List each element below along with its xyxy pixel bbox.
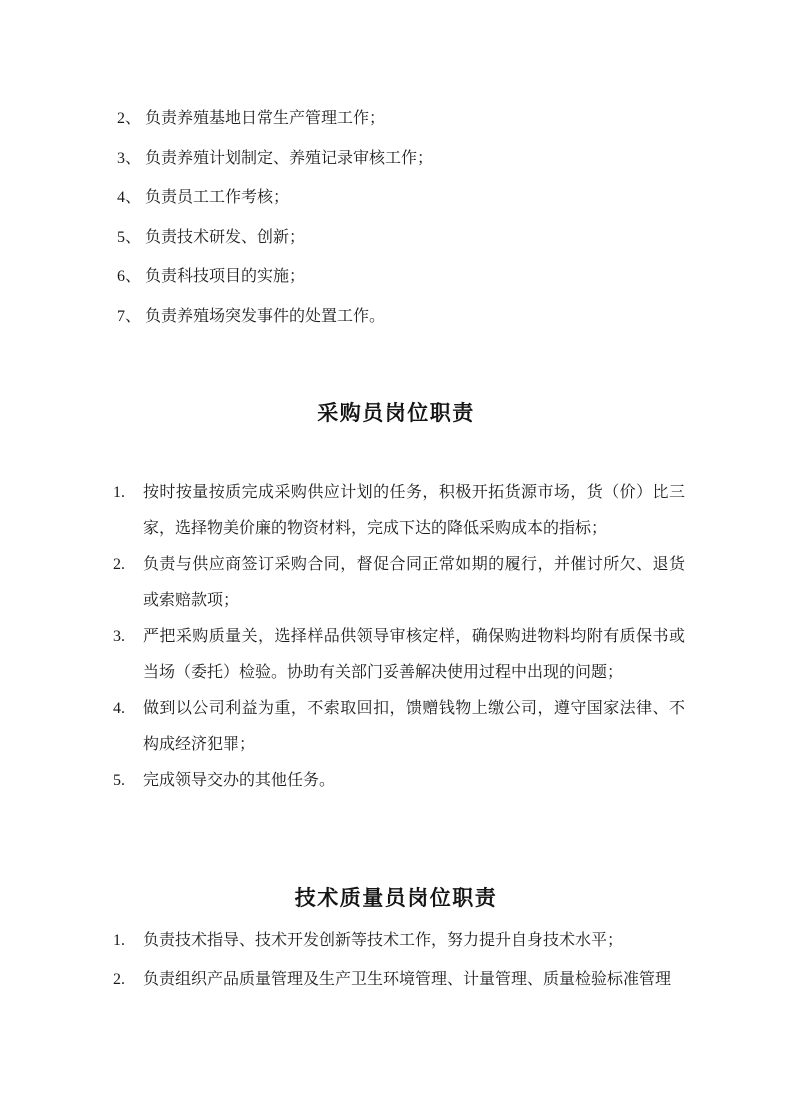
list-item: 2.负责与供应商签订采购合同，督促合同正常如期的履行，并催讨所欠、退货或索赔款项… bbox=[113, 547, 685, 619]
list-item-marker: 3、 bbox=[117, 139, 145, 179]
list-item: 4、负责员工工作考核； bbox=[117, 178, 717, 218]
list-item-text: 负责组织产品质量管理及生产卫生环境管理、计量管理、质量检验标准管理 bbox=[143, 971, 671, 988]
heading-tech-quality-duties: 技术质量员岗位职责 bbox=[0, 885, 792, 911]
list-item: 4.做到以公司利益为重，不索取回扣，馈赠钱物上缴公司，遵守国家法律、不构成经济犯… bbox=[113, 691, 685, 763]
list-item: 3.严把采购质量关，选择样品供领导审核定样，确保购进物料均附有质保书或当场（委托… bbox=[113, 619, 685, 691]
list-item: 2.负责组织产品质量管理及生产卫生环境管理、计量管理、质量检验标准管理 bbox=[113, 961, 685, 1000]
list-item: 7、负责养殖场突发事件的处置工作。 bbox=[117, 297, 717, 337]
list-item-text: 按时按量按质完成采购供应计划的任务，积极开拓货源市场，货（价）比三家，选择物美价… bbox=[143, 484, 685, 537]
list-item: 2、负责养殖基地日常生产管理工作； bbox=[117, 99, 717, 139]
list-item-text: 负责科技项目的实施； bbox=[145, 268, 305, 285]
list-item-marker: 7、 bbox=[117, 297, 145, 337]
heading-purchaser-duties: 采购员岗位职责 bbox=[0, 400, 792, 426]
list-item-text: 负责技术研发、创新； bbox=[145, 229, 305, 246]
list-item-text: 完成领导交办的其他任务。 bbox=[143, 772, 335, 789]
list-item-text: 负责与供应商签订采购合同，督促合同正常如期的履行，并催讨所欠、退货或索赔款项； bbox=[143, 556, 685, 609]
list-item-text: 负责养殖基地日常生产管理工作； bbox=[145, 110, 385, 127]
list-item-text: 负责员工工作考核； bbox=[145, 189, 289, 206]
list-item-marker: 5. bbox=[113, 763, 125, 799]
list-item-marker: 6、 bbox=[117, 257, 145, 297]
list-item-marker: 1. bbox=[113, 922, 125, 961]
list-item-text: 负责养殖场突发事件的处置工作。 bbox=[145, 308, 385, 325]
list-item: 6、负责科技项目的实施； bbox=[117, 257, 717, 297]
list-item-text: 负责养殖计划制定、养殖记录审核工作； bbox=[145, 150, 433, 167]
list-item: 5、负责技术研发、创新； bbox=[117, 218, 717, 258]
list-item: 1.负责技术指导、技术开发创新等技术工作，努力提升自身技术水平； bbox=[113, 922, 685, 961]
list-item-marker: 2. bbox=[113, 547, 125, 583]
list-item-marker: 5、 bbox=[117, 218, 145, 258]
document-page: 2、负责养殖基地日常生产管理工作； 3、负责养殖计划制定、养殖记录审核工作； 4… bbox=[0, 0, 792, 1120]
list-item: 1.按时按量按质完成采购供应计划的任务，积极开拓货源市场，货（价）比三家，选择物… bbox=[113, 475, 685, 547]
list-item-marker: 2、 bbox=[117, 99, 145, 139]
list-item: 5.完成领导交办的其他任务。 bbox=[113, 763, 685, 799]
list-item-marker: 4、 bbox=[117, 178, 145, 218]
list-item-marker: 1. bbox=[113, 475, 125, 511]
list-item-marker: 3. bbox=[113, 619, 125, 655]
list-item-text: 严把采购质量关，选择样品供领导审核定样，确保购进物料均附有质保书或当场（委托）检… bbox=[143, 628, 685, 681]
list-item-marker: 2. bbox=[113, 961, 125, 1000]
list-item-text: 做到以公司利益为重，不索取回扣，馈赠钱物上缴公司，遵守国家法律、不构成经济犯罪； bbox=[143, 700, 685, 753]
breeding-duties-list: 2、负责养殖基地日常生产管理工作； 3、负责养殖计划制定、养殖记录审核工作； 4… bbox=[117, 99, 717, 336]
list-item-marker: 4. bbox=[113, 691, 125, 727]
tech-quality-duties-list: 1.负责技术指导、技术开发创新等技术工作，努力提升自身技术水平； 2.负责组织产… bbox=[113, 922, 685, 999]
list-item: 3、负责养殖计划制定、养殖记录审核工作； bbox=[117, 139, 717, 179]
purchaser-duties-list: 1.按时按量按质完成采购供应计划的任务，积极开拓货源市场，货（价）比三家，选择物… bbox=[113, 475, 685, 799]
list-item-text: 负责技术指导、技术开发创新等技术工作，努力提升自身技术水平； bbox=[143, 932, 623, 949]
